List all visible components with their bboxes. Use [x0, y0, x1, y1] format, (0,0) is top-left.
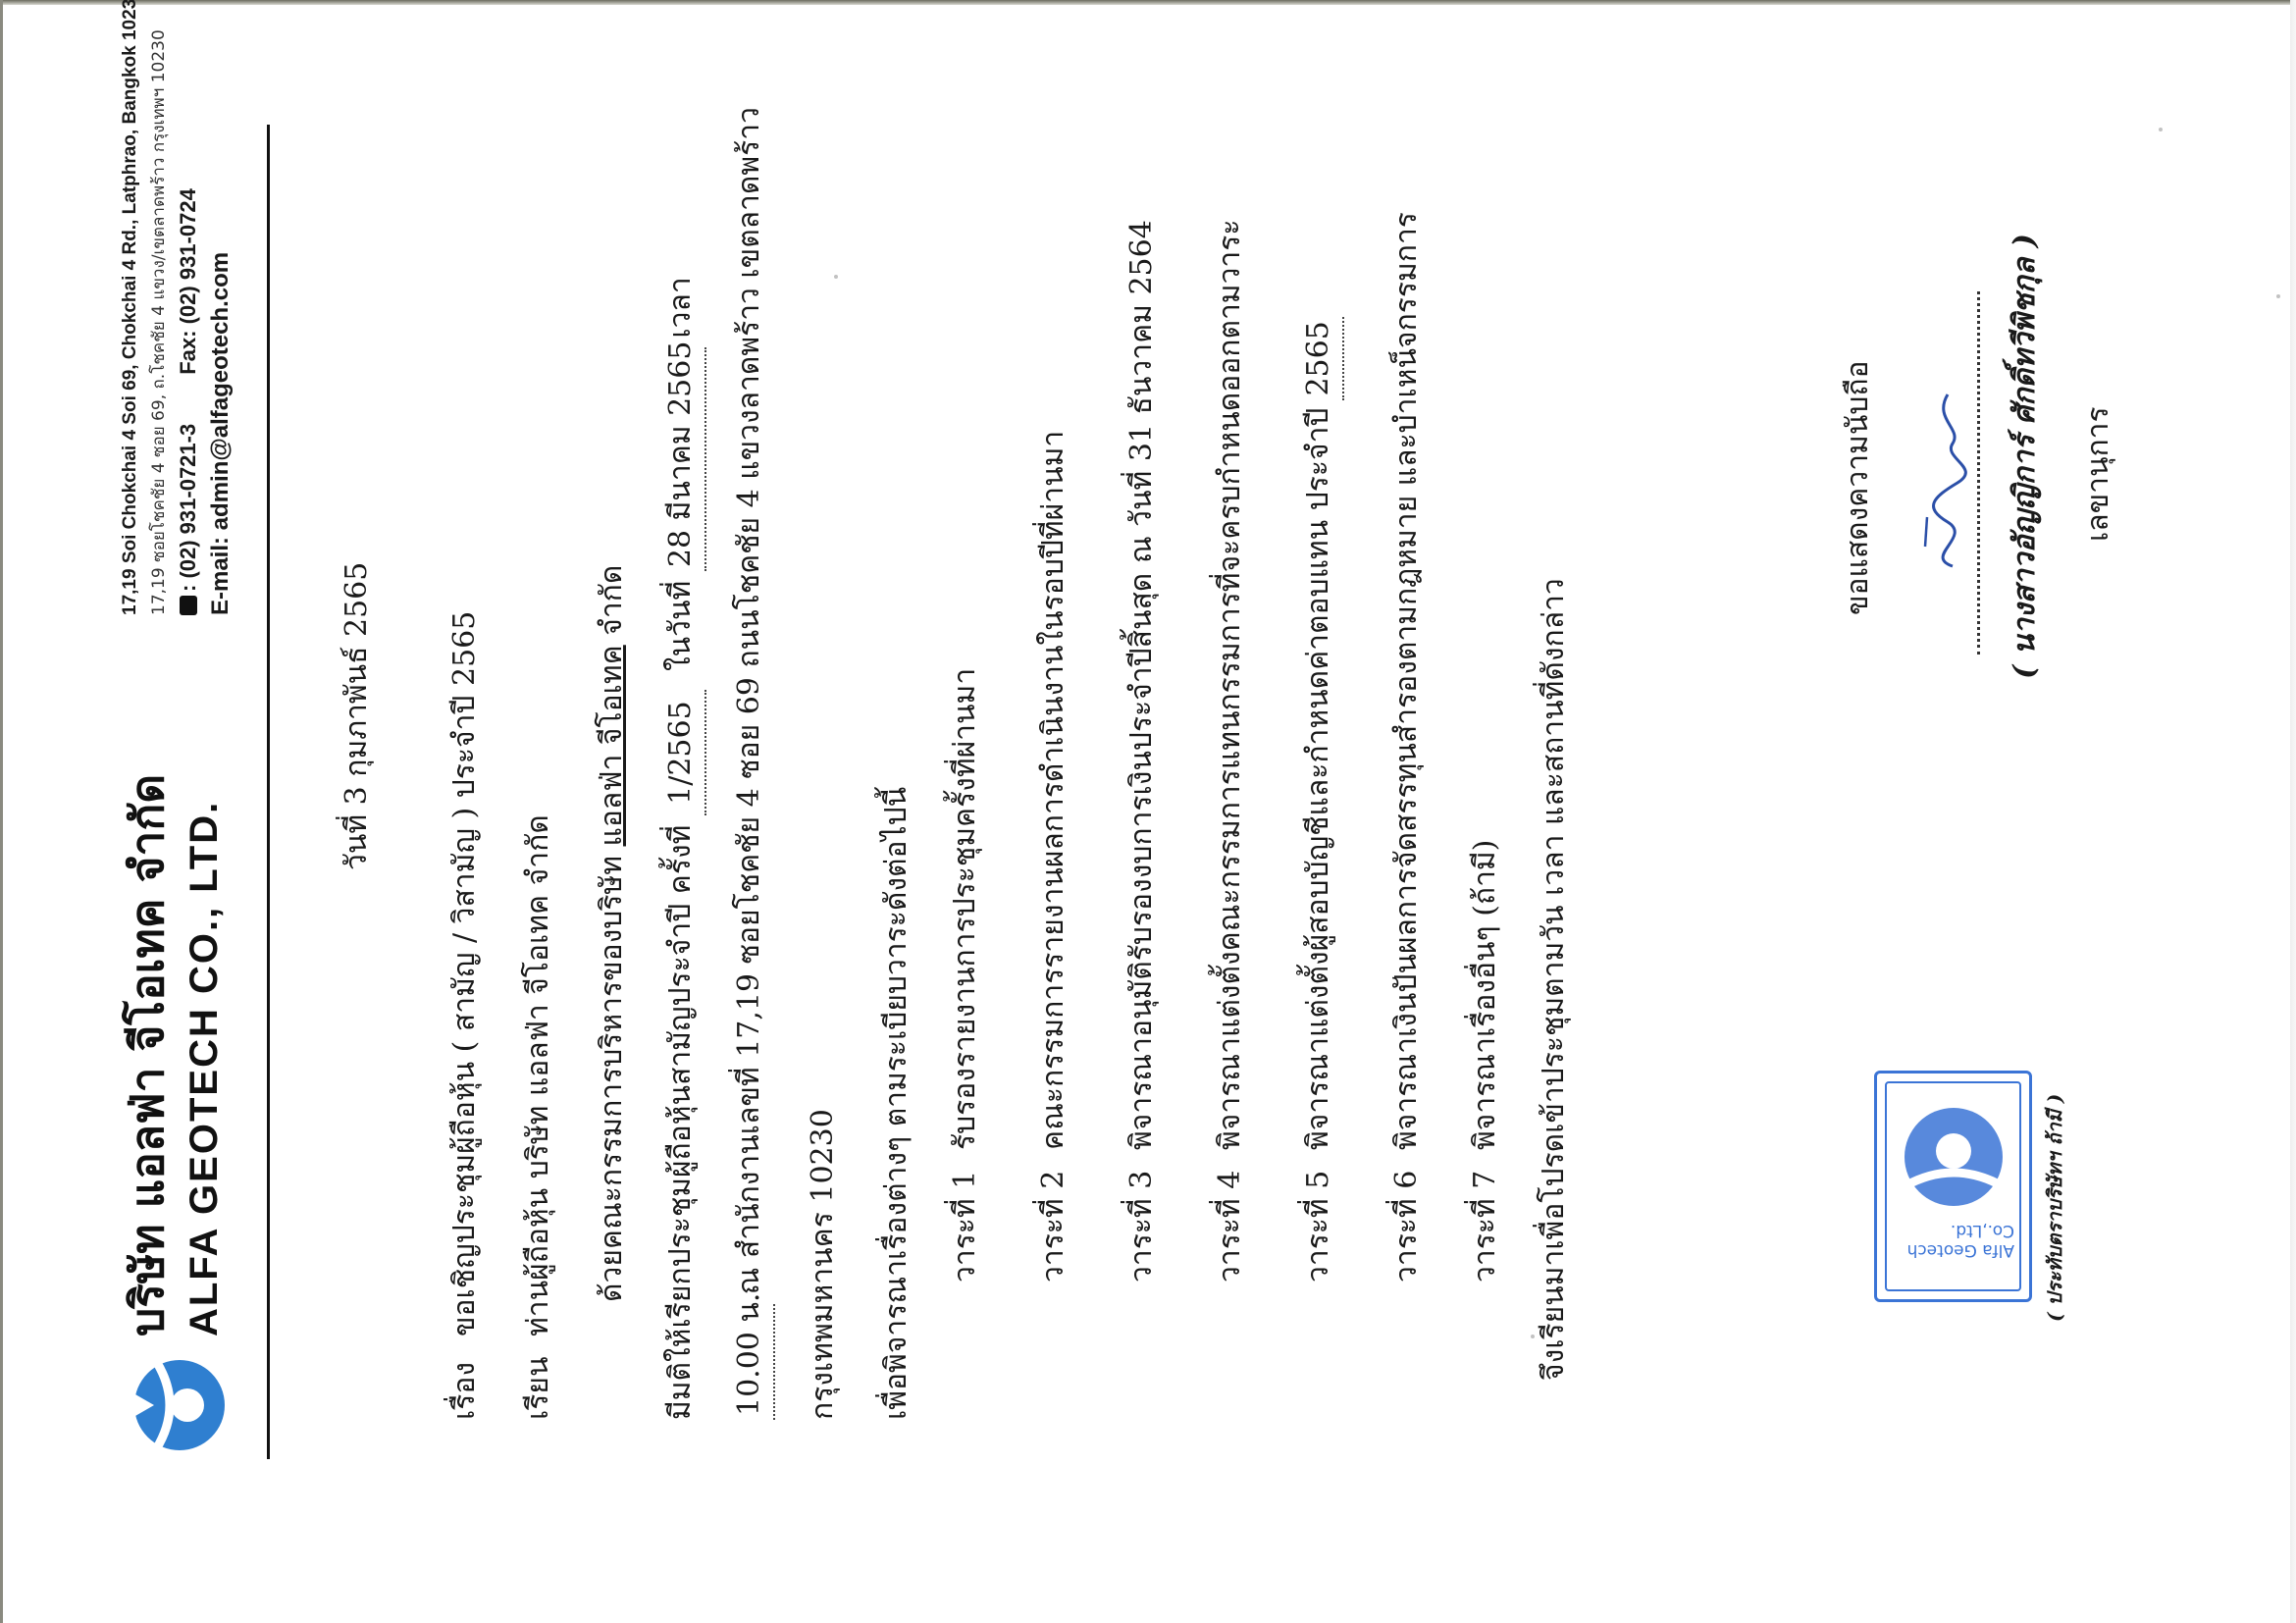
- recipient-text: ท่านผู้ถือหุ้น บริษัท แอลฟ่า จีโอเทค จำก…: [521, 814, 555, 1336]
- meeting-call-line: มีมติให้เรียกประชุมผู้ถือหุ้นสามัญประจำป…: [657, 277, 706, 1420]
- agenda-item: วาระที่ 5พิจารณาแต่งตั้งผู้สอบบัญชีและกำ…: [1295, 317, 1344, 1283]
- agenda-text: พิจารณาเงินปันผลการจัดสรรทุนสำรองตามกฎหม…: [1389, 212, 1424, 1150]
- letter-page: บริษัท แอลฟ่า จีโอเทค จำกัด ALFA GEOTECH…: [49, 46, 2247, 1577]
- agenda-item: วาระที่ 6พิจารณาเงินปันผลการจัดสรรทุนสำร…: [1383, 212, 1431, 1283]
- agenda-text: รับรองรายงานการประชุมครั้งที่ผ่านมา: [948, 668, 982, 1150]
- agenda-number: วาระที่ 2: [1030, 1150, 1077, 1283]
- intro-paragraph: ด้วยคณะกรรมการบริหารของบริษัท แอลฟ่า จีโ…: [589, 565, 636, 1302]
- recipient-line: เรียนท่านผู้ถือหุ้น บริษัท แอลฟ่า จีโอเท…: [515, 814, 562, 1420]
- phone-number: : (02) 931-0721-3: [176, 424, 200, 592]
- meeting-number-field: 1/2565: [657, 690, 706, 815]
- stamp-text: Alfa Geotech Co.,Ltd.: [1857, 1221, 2014, 1260]
- venue-text: สำนักงานเลขที่ 17,19 ซอยโชคชัย 4 ซอย 69 …: [732, 107, 766, 1258]
- agenda-number: วาระที่ 6: [1383, 1150, 1431, 1283]
- agenda-intro: เพื่อพิจารณาเรื่องต่างๆ ตามระเบียบวาระดั…: [873, 787, 920, 1420]
- signer-name: ( นางสาวอัญญิการ์ ศักดิ์ทวีพิชกุล ): [2002, 234, 2049, 679]
- scan-edge: [0, 0, 3, 1623]
- scan-edge: [2290, 0, 2296, 1623]
- stamp-logo-icon: [1895, 1098, 2012, 1216]
- venue-line: 10.00 น. ณ สำนักงานเลขที่ 17,19 ซอยโชคชั…: [726, 107, 775, 1420]
- header-divider: [267, 125, 270, 1459]
- agenda-text: พิจารณาแต่งตั้งคณะกรรมการแทนกรรมการที่จะ…: [1213, 220, 1247, 1151]
- signer-title: เลขานุการ: [2075, 406, 2122, 542]
- company-name-thai: บริษัท แอลฟ่า จีโอเทค จำกัด: [118, 650, 177, 1336]
- agenda-text: พิจารณาอนุมัติรับรองงบการเงินประจำปีสิ้น…: [1124, 220, 1159, 1150]
- subject-text: ขอเชิญประชุมผู้ถือหุ้น ( สามัญ / วิสามัญ…: [447, 611, 482, 1336]
- scan-edge: [0, 0, 2296, 5]
- agenda-number: วาระที่ 5: [1295, 1150, 1342, 1283]
- agenda-year-field: 2565: [1295, 317, 1344, 399]
- venue-city: กรุงเทพมหานคร 10230: [800, 1109, 847, 1420]
- stamp-caption: ( ประทับตราบริษัทฯ ถ้ามี ): [2039, 1094, 2070, 1322]
- agenda-item: วาระที่ 2คณะกรรมการรายงานผลการดำเนินงานใ…: [1030, 431, 1077, 1283]
- agenda-item: วาระที่ 4พิจารณาแต่งตั้งคณะกรรมการแทนกรร…: [1207, 220, 1254, 1283]
- company-stamp: Alfa Geotech Co.,Ltd.: [1874, 1071, 2032, 1302]
- company-logo-icon: [123, 1351, 231, 1459]
- scan-speck: [2276, 294, 2280, 298]
- agenda-number: วาระที่ 4: [1207, 1150, 1254, 1283]
- agenda-number: วาระที่ 1: [942, 1150, 989, 1283]
- closing-request: จึงเรียนมาเพื่อโปรดเข้าประชุมตามวัน เวลา…: [1531, 578, 1578, 1381]
- agenda-item: วาระที่ 3พิจารณาอนุมัติรับรองงบการเงินปร…: [1119, 220, 1166, 1283]
- agenda-item: วาระที่ 7พิจารณาเรื่องอื่นๆ (ถ้ามี): [1462, 840, 1509, 1283]
- address-en: 17,19 Soi Chokchai 4 Soi 69, Chokchai 4 …: [116, 26, 145, 615]
- signature-line: [1977, 291, 1980, 654]
- fax-number: (02) 931-0724: [176, 188, 200, 324]
- company-name-en: ALFA GEOTECH CO., LTD.: [177, 650, 232, 1336]
- agenda-text: พิจารณาแต่งตั้งผู้สอบบัญชีและกำหนดค่าตอบ…: [1301, 408, 1335, 1150]
- agenda-item: วาระที่ 1รับรองรายงานการประชุมครั้งที่ผ่…: [942, 668, 989, 1283]
- subject-line: เรื่องขอเชิญประชุมผู้ถือหุ้น ( สามัญ / ว…: [442, 611, 489, 1420]
- recipient-label: เรียน: [515, 1336, 562, 1420]
- agenda-number: วาระที่ 7: [1462, 1150, 1509, 1283]
- subject-label: เรื่อง: [442, 1336, 489, 1420]
- phone-fax: : (02) 931-0721-3Fax: (02) 931-0724: [173, 26, 204, 615]
- address-th: 17,19 ซอยโชคชัย 4 ซอย 69, ถ.โชคชัย 4 แขว…: [145, 26, 173, 615]
- phone-icon: [180, 596, 197, 615]
- agenda-text: พิจารณาเรื่องอื่นๆ (ถ้ามี): [1468, 840, 1502, 1150]
- email: E-mail: admin@alfageotech.com: [204, 26, 237, 615]
- letter-date: วันที่ 3 กุมภาพันธ์ 2565: [334, 562, 381, 870]
- company-field: แอลฟ่า จีโอเทค: [595, 645, 629, 846]
- closing: ขอแสดงความนับถือ: [1835, 360, 1882, 615]
- signature: [1913, 380, 1982, 576]
- contact-block: 17,19 Soi Chokchai 4 Soi 69, Chokchai 4 …: [116, 26, 237, 615]
- agenda-text: คณะกรรมการรายงานผลการดำเนินงานในรอบปีที่…: [1036, 431, 1070, 1150]
- fax-label: Fax:: [176, 331, 200, 375]
- agenda-number: วาระที่ 3: [1119, 1150, 1166, 1283]
- meeting-time-field: 10.00 น.: [726, 1304, 775, 1420]
- letterhead: บริษัท แอลฟ่า จีโอเทค จำกัด ALFA GEOTECH…: [108, 85, 275, 1459]
- meeting-date-field: 28 มีนาคม 2565: [657, 347, 706, 571]
